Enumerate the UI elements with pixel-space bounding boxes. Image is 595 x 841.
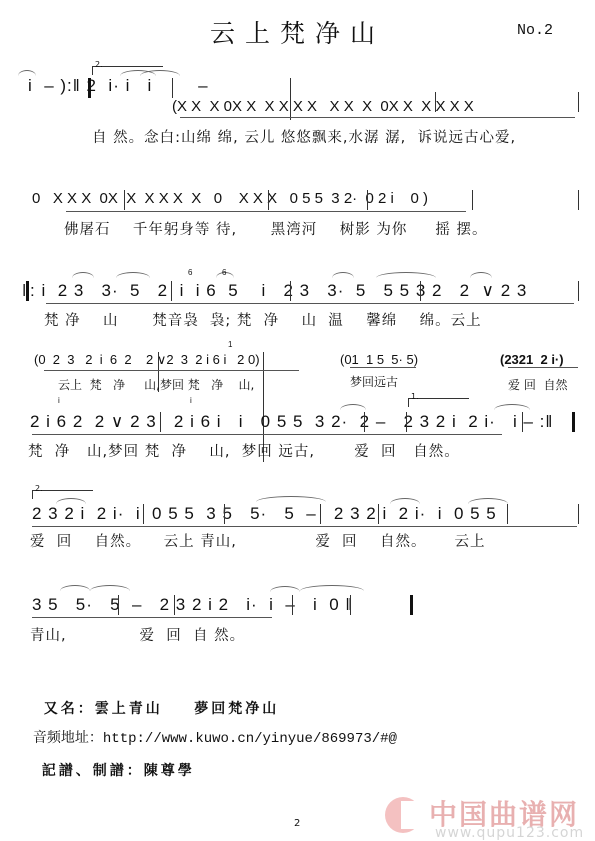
repeat-start-barline bbox=[26, 281, 29, 301]
notation-line: 0 X X X 0X X X X X X 0 X X X 0 5 5 3 2· … bbox=[32, 190, 428, 207]
grace-note: 1 bbox=[228, 340, 232, 349]
barline bbox=[578, 504, 579, 524]
barline bbox=[378, 504, 379, 524]
accompaniment-lyrics-left: 云上 梵 净 山,梦回 梵 净 山, bbox=[58, 376, 254, 393]
credits-label: 記譜、制譜： bbox=[42, 763, 144, 779]
beam bbox=[44, 370, 299, 371]
barline bbox=[118, 595, 119, 615]
beam bbox=[32, 617, 272, 618]
barline bbox=[268, 190, 269, 210]
notation-line: ‖: i 2 3 3· 5 2 i i 6 5 i 2 3 3· 5 5 5 3… bbox=[22, 281, 527, 301]
page-title: 云上梵净山 bbox=[0, 14, 595, 50]
volta-bracket: 2. bbox=[32, 490, 93, 499]
barline bbox=[143, 504, 144, 524]
barline bbox=[578, 190, 579, 210]
barline bbox=[124, 190, 125, 210]
accompaniment-lyrics-mid: 梦回远古 bbox=[350, 373, 398, 390]
barline bbox=[578, 92, 579, 112]
barline bbox=[174, 595, 175, 615]
slur bbox=[256, 496, 326, 502]
slur bbox=[116, 272, 150, 278]
slur bbox=[60, 585, 90, 591]
slur bbox=[470, 272, 492, 278]
beam bbox=[32, 434, 502, 435]
barline bbox=[224, 504, 225, 524]
barline bbox=[160, 412, 161, 432]
volta-bracket: 1. bbox=[408, 398, 469, 407]
barline bbox=[522, 412, 523, 432]
accompaniment-notes-right: (2321 2 i·) bbox=[500, 352, 564, 367]
lyrics-line: 梵 净 山 梵音袅 袅; 梵 净 山 温 馨绵 绵。云上 bbox=[44, 309, 482, 330]
score-number: No.2 bbox=[517, 22, 553, 39]
lyrics-line: 爱 回 自然。 云上 青山, 爱 回 自然。 云上 bbox=[30, 530, 486, 551]
beam bbox=[350, 367, 416, 368]
accompaniment-notes-left: (0 2 3 2 i 6 2 2 ∨2 3 2 i 6 i 2 0) bbox=[34, 352, 260, 368]
beam bbox=[508, 367, 578, 368]
slur bbox=[494, 404, 530, 410]
final-barline bbox=[410, 595, 413, 615]
barline bbox=[320, 504, 321, 524]
slur bbox=[300, 585, 364, 591]
slur bbox=[270, 586, 300, 592]
beam bbox=[46, 303, 574, 304]
barline bbox=[420, 281, 421, 301]
barline bbox=[406, 412, 407, 432]
beam bbox=[66, 211, 466, 212]
lyrics-line: 自 然。念白:山绵 绵, 云儿 悠悠飘来,水潺 潺, 诉说远古心爱, bbox=[92, 126, 516, 147]
notation-line: 2 i 6 2 2 ∨ 2 3 2 i 6 i i 0 5 5 3 2· 2 –… bbox=[30, 412, 553, 432]
barline bbox=[290, 281, 291, 301]
slur bbox=[90, 585, 130, 591]
beam bbox=[180, 117, 575, 118]
barline bbox=[578, 281, 579, 301]
barline bbox=[367, 190, 368, 210]
repeat-end-barline bbox=[88, 78, 91, 98]
accompaniment-lyrics-right: 爱 回 自然 bbox=[508, 376, 567, 393]
notation-line: 2 3 2 i 2 i· i 0 5 5 3 5 5· 5 – 2 3 2 i … bbox=[32, 504, 497, 524]
lyrics-line: 青山, 爱 回 自 然。 bbox=[30, 624, 245, 645]
watermark-site-url: www.qupu123.com bbox=[435, 825, 584, 841]
slur bbox=[72, 272, 94, 278]
slur bbox=[332, 272, 354, 278]
watermark: 中国曲谱网 www.qupu123.com bbox=[385, 793, 595, 841]
notation-line: i – ):‖ 2 i· i i – bbox=[28, 76, 209, 96]
barline bbox=[472, 190, 473, 210]
page-number: 2 bbox=[294, 818, 300, 829]
beam bbox=[32, 526, 577, 527]
accompaniment-notes-mid: (01 1 5 5· 5) bbox=[340, 352, 418, 367]
grace-note: i bbox=[58, 396, 60, 405]
grace-note: i bbox=[190, 396, 192, 405]
repeat-end-barline bbox=[572, 412, 575, 432]
lyrics-line: 梵 净 山,梦回 梵 净 山, 梦回 远古, 爱 回 自然。 bbox=[28, 440, 460, 461]
barline bbox=[292, 595, 293, 615]
grace-note: 6 bbox=[188, 268, 192, 277]
slur bbox=[376, 272, 436, 278]
percussion-line: (X X X 0X X X X X X X X X 0X X X X X X bbox=[172, 98, 474, 115]
barline bbox=[507, 504, 508, 524]
notation-line: 3 5 5· 5 – 2 3 2 i 2 i· i – i 0 ‖ bbox=[32, 595, 353, 615]
barline bbox=[172, 78, 173, 98]
barline bbox=[350, 595, 351, 615]
grace-note: 6 bbox=[222, 268, 226, 277]
lyrics-line: 佛屠石 千年躬身等 待, 黑湾河 树影 为你 摇 摆。 bbox=[64, 218, 488, 239]
barline bbox=[171, 281, 172, 301]
barline bbox=[364, 412, 365, 432]
site-logo-cutout bbox=[401, 801, 423, 829]
slur bbox=[340, 404, 366, 410]
credits-line: 記譜、制譜：陳尊學 bbox=[26, 744, 195, 780]
audio-line: 音频地址：http://www.kuwo.cn/yinyue/869973/#@ bbox=[24, 711, 397, 747]
credits-name: 陳尊學 bbox=[144, 763, 195, 779]
